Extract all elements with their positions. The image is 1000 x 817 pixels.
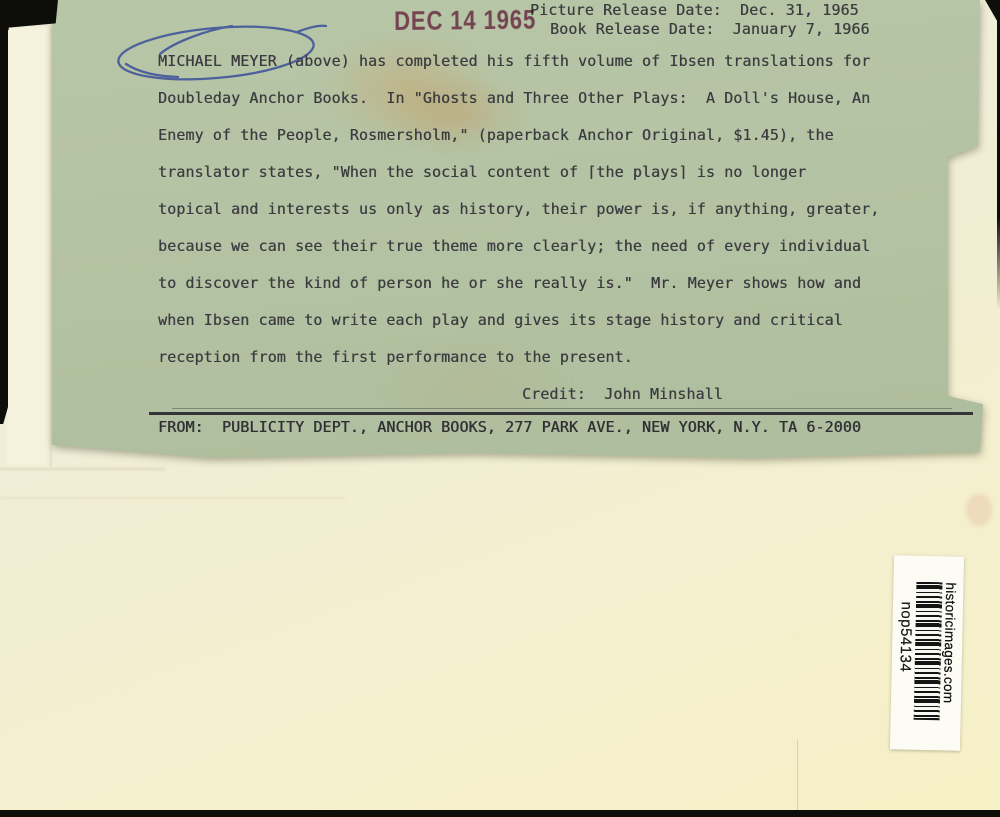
- scan-border-left: [0, 0, 8, 424]
- press-release-slip: Picture Release Date: Dec. 31, 1965 Book…: [52, 0, 983, 462]
- date-stamp: DEC 14 1965: [394, 4, 536, 37]
- paper-crease: [0, 497, 345, 499]
- picture-release-date-line: Picture Release Date: Dec. 31, 1965: [530, 2, 859, 19]
- credit-line: Credit: John Minshall: [522, 386, 723, 403]
- body-line: MICHAEL MEYER (above) has completed his …: [158, 53, 870, 70]
- body-line: Enemy of the People, Rosmersholm," (pape…: [158, 127, 834, 144]
- scanned-press-photo-back: Picture Release Date: Dec. 31, 1965 Book…: [0, 0, 1000, 817]
- book-release-date-line: Book Release Date: January 7, 1966: [550, 21, 870, 38]
- paper-crease: [0, 468, 165, 470]
- press-release-slip-wrap: Picture Release Date: Dec. 31, 1965 Book…: [52, 0, 983, 464]
- barcode-sticker: nop54134 historicimages.com: [890, 555, 964, 750]
- typed-rule-line: [172, 408, 952, 409]
- body-line: to discover the kind of person he or she…: [158, 275, 861, 292]
- body-line: when Ibsen came to write each play and g…: [158, 312, 843, 329]
- sticker-code-text: nop54134: [897, 601, 915, 672]
- paper-smudge: [966, 494, 992, 526]
- stain-mark: [352, 58, 564, 170]
- scan-border-bottom: [0, 810, 1000, 817]
- body-line: topical and interests us only as history…: [158, 201, 879, 218]
- sticker-vendor-text: historicimages.com: [941, 582, 959, 703]
- body-line: reception from the first performance to …: [158, 349, 633, 366]
- barcode-icon: [914, 582, 943, 721]
- body-line: because we can see their true theme more…: [158, 238, 870, 255]
- body-line: Doubleday Anchor Books. In "Ghosts and T…: [158, 90, 870, 107]
- body-line: translator states, "When the social cont…: [158, 164, 806, 181]
- typed-rule-line: [149, 412, 973, 415]
- paper-crease: [797, 740, 798, 810]
- photo-paper-edge-strip: [7, 26, 52, 466]
- from-line: FROM: PUBLICITY DEPT., ANCHOR BOOKS, 277…: [158, 419, 861, 436]
- pen-circle-annotation: [112, 16, 327, 84]
